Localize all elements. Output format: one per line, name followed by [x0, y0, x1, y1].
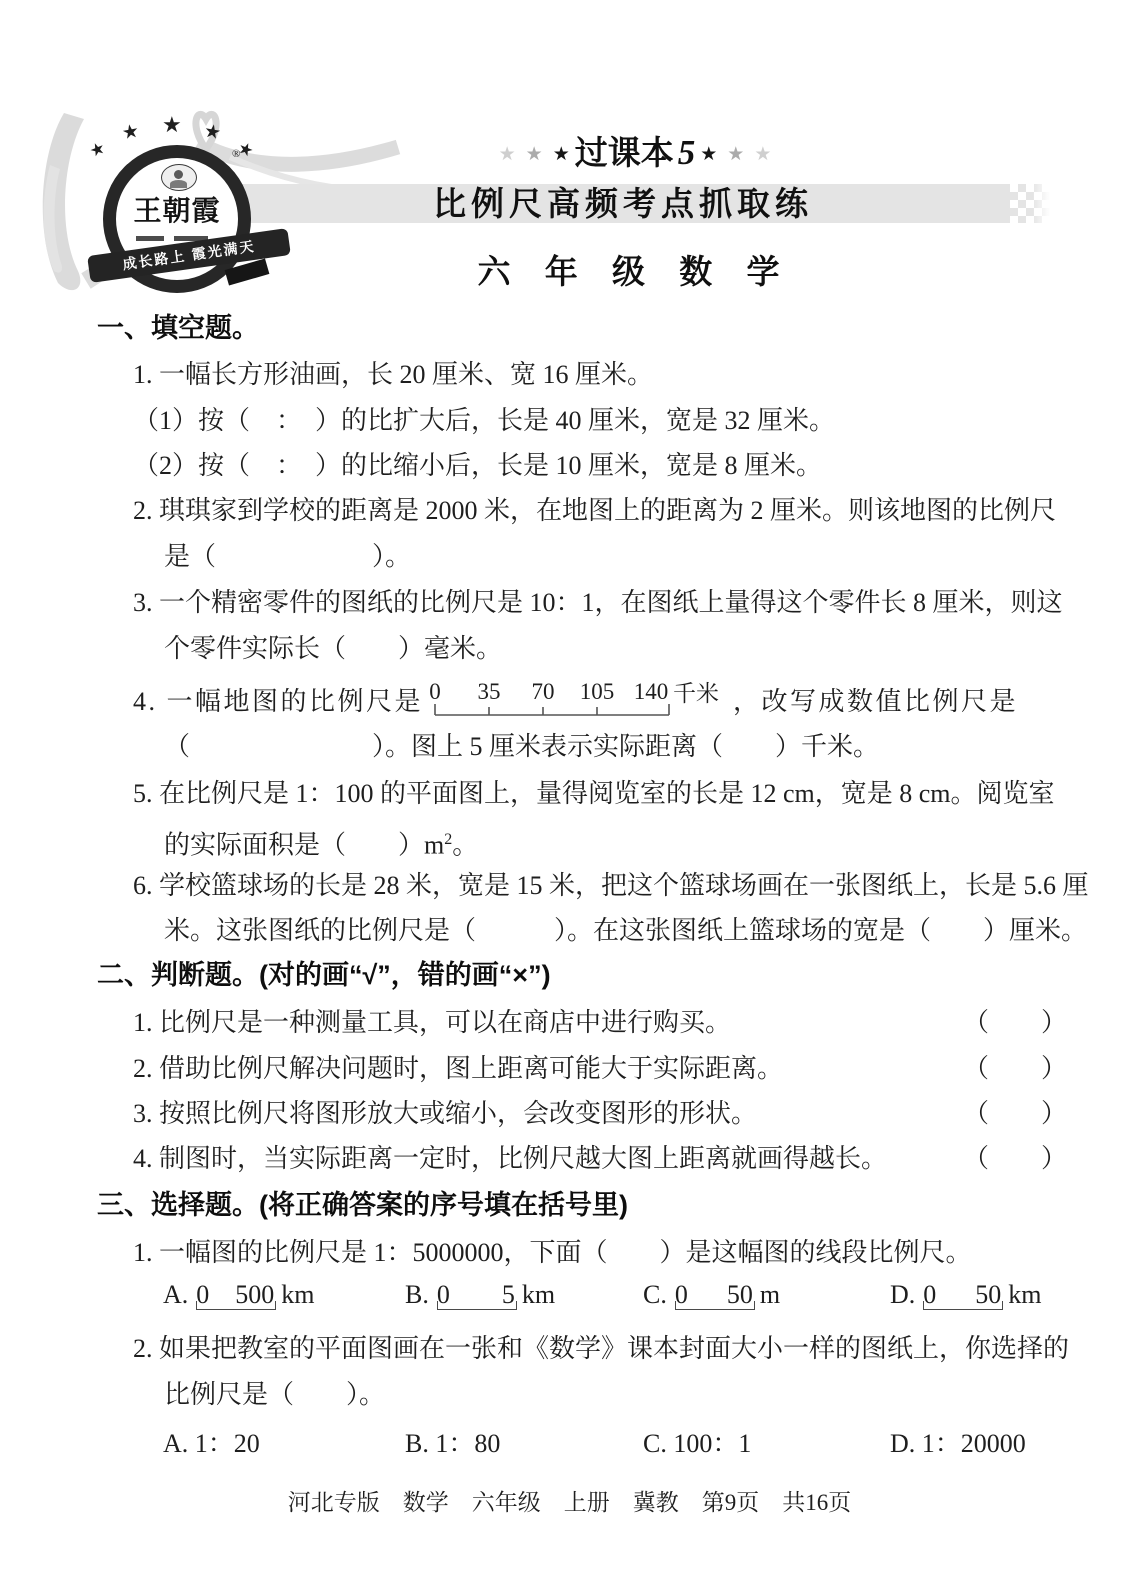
- svg-text:千米: 千米: [673, 681, 719, 706]
- q1-line: 1. 一幅长方形油画，长 20 厘米、宽 16 厘米。: [97, 352, 1083, 397]
- q2-line2: 是（ ）。: [97, 534, 1114, 579]
- option-line-scale: 05km: [437, 1272, 557, 1316]
- scale-bracket: [923, 1301, 1003, 1310]
- option-line-scale: 0500km: [196, 1272, 316, 1316]
- worksheet-subtitle: 比例尺高频考点抓取练: [236, 184, 1010, 223]
- scale-bracket: [196, 1301, 276, 1310]
- option-A: A. 1：20: [163, 1421, 260, 1466]
- grade-title: 六 年 级 数 学: [230, 246, 1040, 293]
- scale-bracket: [675, 1301, 755, 1310]
- choice1-stem: 1. 一幅图的比例尺是 1：5000000，下面（ ）是这幅图的线段比例尺。: [97, 1230, 1083, 1275]
- answer-parentheses: （ ）: [963, 1091, 1067, 1136]
- judge-item-3: 3. 按照比例尺将图形放大或缩小，会改变图形的形状。 （ ）: [97, 1091, 1083, 1136]
- option-line-scale: 050km: [923, 1272, 1043, 1316]
- option-B: B. 1：80: [405, 1421, 500, 1466]
- scale-bracket: [437, 1301, 517, 1310]
- svg-text:105: 105: [580, 679, 615, 704]
- unit-number: 5: [678, 133, 696, 172]
- star-icon: ★: [754, 143, 771, 165]
- trademark-symbol: ®: [232, 148, 240, 160]
- judge-item-2: 2. 借助比例尺解决问题时，图上距离可能大于实际距离。 （ ）: [97, 1046, 1083, 1091]
- star-icon: ★: [553, 143, 570, 165]
- choice2-options: A. 1：20 B. 1：80 C. 100：1 D. 1：20000: [97, 1421, 1047, 1466]
- star-icon: ★: [727, 143, 744, 165]
- motto-decoration: [136, 236, 164, 241]
- star-icon: ★: [526, 143, 543, 165]
- line-scale-figure: 0 35 70 105 140 千米: [425, 679, 731, 721]
- q1-sub1: （1）按（ ： ）的比扩大后，长是 40 厘米，宽是 32 厘米。: [97, 398, 1083, 443]
- brand-name: 王朝霞: [116, 189, 238, 229]
- logo-star-icon: ★: [120, 120, 141, 145]
- q5-line1: 5. 在比例尺是 1：100 的平面图上，量得阅览室的长是 12 cm，宽是 8…: [97, 771, 1083, 816]
- choice2-stem-line2: 比例尺是（ ）。: [97, 1372, 1114, 1417]
- checker-decoration: [1010, 184, 1050, 223]
- q4-text-pre: 4. 一幅地图的比例尺是: [133, 687, 423, 716]
- q4-text-post: ，改写成数值比例尺是: [733, 687, 1018, 716]
- option-B: B.05km: [405, 1272, 557, 1317]
- option-D: D.050km: [890, 1272, 1043, 1317]
- choice1-options: A.0500km B.05km C.050m D.050km: [97, 1272, 1047, 1324]
- star-icon: ★: [700, 143, 717, 165]
- section1-heading: 一、填空题。: [97, 306, 1047, 351]
- section2-heading: 二、判断题。(对的画“√”，错的画“×”): [97, 953, 1047, 998]
- option-A: A.0500km: [163, 1272, 316, 1317]
- q5-line2: 的实际面积是（ ）m2。: [97, 817, 1114, 862]
- option-C: C. 100：1: [643, 1421, 751, 1466]
- option-line-scale: 050m: [675, 1272, 795, 1316]
- svg-text:35: 35: [478, 679, 501, 704]
- answer-parentheses: （ ）: [963, 1136, 1067, 1181]
- judge-item-4: 4. 制图时，当实际距离一定时，比例尺越大图上距离就画得越长。 （ ）: [97, 1136, 1083, 1181]
- q6-line2: 米。这张图纸的比例尺是（ ）。在这张图纸上篮球场的宽是（ ）厘米。: [97, 908, 1114, 953]
- q3-line1: 3. 一个精密零件的图纸的比例尺是 10：1，在图纸上量得这个零件长 8 厘米，…: [97, 580, 1083, 625]
- q6-line1: 6. 学校篮球场的长是 28 米，宽是 15 米，把这个篮球场画在一张图纸上，长…: [97, 863, 1083, 908]
- q4-line1: 4. 一幅地图的比例尺是 0 35 70 105 140 千米 ，改写成数值比例…: [97, 676, 1083, 728]
- q2-line1: 2. 琪琪家到学校的距离是 2000 米，在地图上的距离为 2 厘米。则该地图的…: [97, 488, 1083, 533]
- unit-title: 过课本: [575, 136, 674, 172]
- choice2-stem-line1: 2. 如果把教室的平面图画在一张和《数学》课本封面大小一样的图纸上，你选择的: [97, 1326, 1083, 1371]
- logo-star-icon: ★: [202, 120, 223, 145]
- q4-line2: （ ）。图上 5 厘米表示实际距离（ ）千米。: [97, 724, 1114, 769]
- page-footer: 河北专版 数学 六年级 上册 冀教 第9页 共16页: [0, 1484, 1139, 1517]
- option-D: D. 1：20000: [890, 1421, 1026, 1466]
- q3-line2: 个零件实际长（ ）毫米。: [97, 626, 1114, 671]
- q1-sub2: （2）按（ ： ）的比缩小后，长是 10 厘米，宽是 8 厘米。: [97, 443, 1083, 488]
- svg-text:70: 70: [532, 679, 555, 704]
- judge-item-1: 1. 比例尺是一种测量工具，可以在商店中进行购买。 （ ）: [97, 1000, 1083, 1045]
- portrait-icon: [161, 164, 197, 191]
- logo-star-icon: ★: [87, 138, 109, 162]
- star-icon: ★: [499, 143, 516, 165]
- answer-parentheses: （ ）: [963, 1000, 1067, 1045]
- unit-badge: ★★★过课本5★★★: [230, 127, 1040, 169]
- brand-logo: ★ ★ ★ ★ ★ 王朝霞 ® 成长路上 霞光满天: [84, 112, 306, 302]
- section3-heading: 三、选择题。(将正确答案的序号填在括号里): [97, 1183, 1047, 1228]
- option-C: C.050m: [643, 1272, 795, 1317]
- svg-text:0: 0: [429, 679, 441, 704]
- logo-star-icon: ★: [162, 113, 182, 138]
- worksheet-page: ★ ★ ★ ★ ★ 王朝霞 ® 成长路上 霞光满天 ★★★过课本5★★★ 比例尺…: [0, 0, 1139, 1582]
- svg-text:140: 140: [634, 679, 669, 704]
- answer-parentheses: （ ）: [963, 1046, 1067, 1091]
